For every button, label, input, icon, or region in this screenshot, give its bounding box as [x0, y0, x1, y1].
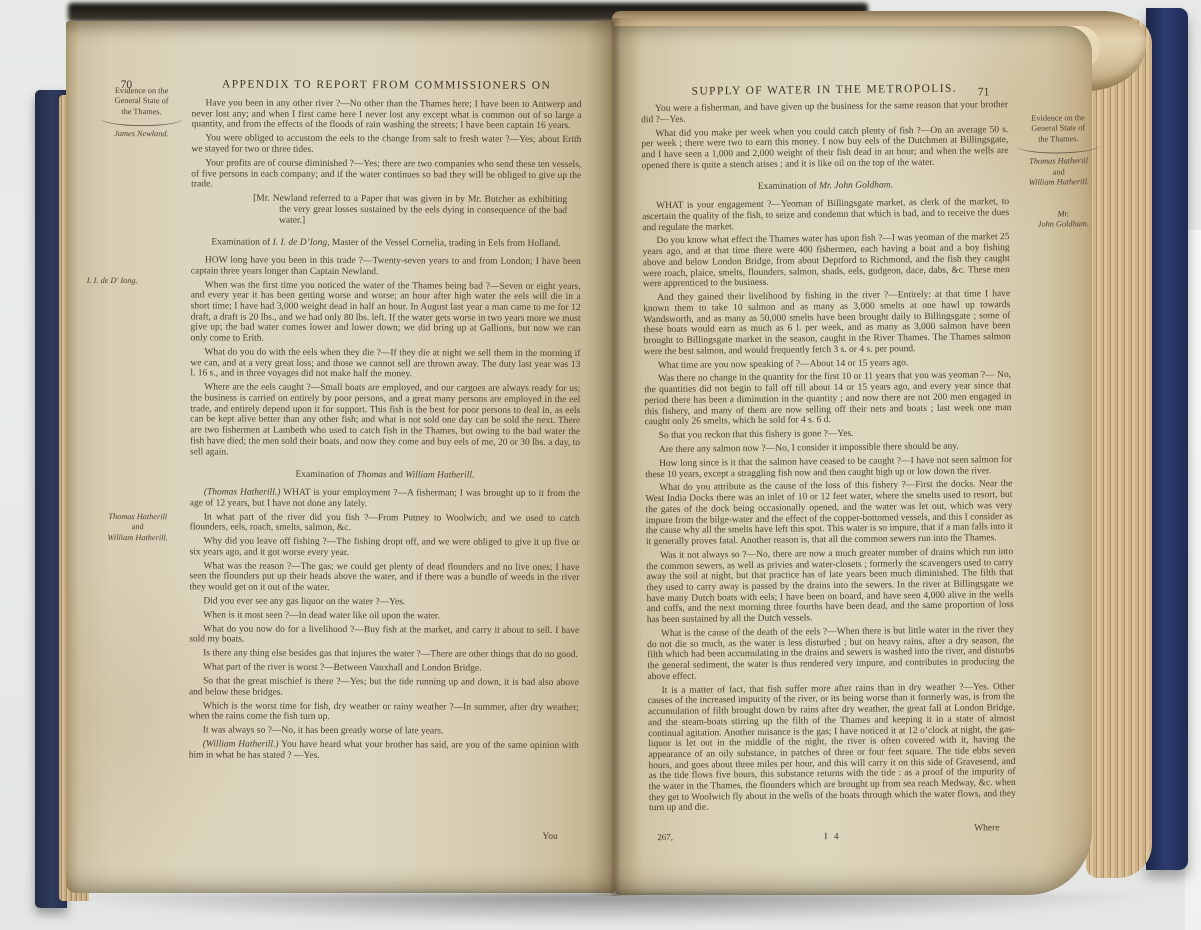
- body-text: And they gained their livelihood by fish…: [643, 289, 1010, 357]
- book-cover-right: [1146, 8, 1188, 870]
- body-text: How long since is it that the salmon hav…: [645, 455, 1012, 480]
- margin-note-diong: I. I. de D' Iong.: [87, 276, 191, 287]
- testimony-paragraph: Did you ever see any gas liquor on the w…: [189, 596, 579, 608]
- right-running-header: SUPPLY OF WATER IN THE METROPOLIS.: [641, 82, 1008, 98]
- body-text: In what part of the river did you fish ?…: [190, 512, 580, 533]
- examination-heading: Examination of Mr. John Goldham.: [650, 180, 1001, 195]
- body-text: What did you make per week when you coul…: [641, 125, 1008, 171]
- margin-note-hatherill-left: Thomas Hatherill and William Hatherill.: [90, 512, 186, 544]
- body-text: .: [472, 471, 474, 481]
- body-text: When is it most seen ?—In dead water lik…: [203, 610, 440, 621]
- body-text: Where are the eels caught ?—Small boats …: [190, 383, 580, 457]
- testimony-paragraph: (Thomas Hatherill.) WHAT is your employm…: [190, 487, 580, 510]
- body-text: and: [387, 470, 406, 480]
- body-text: , Master of the Vessel Cornelia, trading…: [327, 238, 560, 249]
- examination-heading: Examination of Thomas and William Hather…: [198, 470, 572, 482]
- testimony-paragraph: What part of the river is worst ?—Betwee…: [189, 663, 579, 675]
- left-text-column: Have you been in any other river ?—No ot…: [189, 98, 582, 766]
- testimony-paragraph: What do you attribute as the cause of th…: [645, 480, 1013, 548]
- testimony-paragraph: When was the first time you noticed the …: [190, 280, 580, 346]
- margin-note-line: General State of: [94, 96, 190, 107]
- italic-text: Thomas: [357, 470, 387, 480]
- body-text: You were obliged to accustom the eels to…: [191, 134, 581, 155]
- page-left: 70 APPENDIX TO REPORT FROM COMMISSIONERS…: [66, 21, 614, 893]
- body-text: .: [891, 181, 893, 191]
- body-text: Are there any salmon now ?—No, I conside…: [659, 442, 959, 455]
- testimony-paragraph: Where are the eels caught ?—Small boats …: [190, 383, 580, 460]
- margin-note-line: the Thames.: [1010, 134, 1106, 145]
- body-text: What do you attribute as the cause of th…: [645, 480, 1012, 548]
- body-text: Your profits are of course diminished ?—…: [191, 158, 581, 189]
- testimony-paragraph: Was there no change in the quantity for …: [644, 370, 1012, 428]
- body-text: So that the great mischief is there ?—Ye…: [189, 677, 579, 698]
- examination-heading: Examination of I. I. de D’Iong, Master o…: [199, 238, 573, 250]
- right-page-number: 71: [978, 86, 990, 98]
- margin-note-goldham: Mr. John Goldham.: [1015, 209, 1111, 231]
- margin-note-evidence-right: Evidence on the General State of the Tha…: [1010, 113, 1107, 189]
- body-text: Was there no change in the quantity for …: [644, 370, 1011, 427]
- book-gutter-shadow: [586, 18, 644, 896]
- testimony-paragraph: And they gained their livelihood by fish…: [643, 289, 1011, 357]
- right-catchword: Where: [974, 823, 999, 833]
- body-text: Examination of: [758, 182, 819, 193]
- testimony-paragraph: HOW long have you been in this trade ?—T…: [191, 255, 581, 278]
- book-photograph: 70 APPENDIX TO REPORT FROM COMMISSIONERS…: [0, 0, 1201, 930]
- right-text-column: You were a fisherman, and have given up …: [641, 100, 1016, 817]
- testimony-paragraph: Your profits are of course diminished ?—…: [191, 158, 581, 192]
- testimony-paragraph: Have you been in any other river ?—No ot…: [191, 98, 581, 132]
- body-text: Do you know what effect the Thames water…: [643, 232, 1010, 289]
- testimony-paragraph: What is the cause of the death of the ee…: [647, 625, 1015, 683]
- left-catchword: You: [542, 832, 557, 842]
- testimony-paragraph: In what part of the river did you fish ?…: [190, 512, 580, 535]
- body-text: Have you been in any other river ?—No ot…: [191, 98, 581, 131]
- italic-text: Mr. John Goldham: [819, 181, 891, 192]
- body-text: Is there any thing else besides gas that…: [203, 649, 578, 661]
- testimony-paragraph: When is it most seen ?—In dead water lik…: [189, 610, 579, 622]
- page-right: SUPPLY OF WATER IN THE METROPOLIS. 71 Ev…: [614, 26, 1092, 895]
- testimony-paragraph: What was the reason ?—The gas; we could …: [189, 561, 579, 595]
- witness-name-line: and: [90, 522, 186, 533]
- body-text: So that you reckon that this fishery is …: [659, 429, 854, 441]
- italic-text: I. I. de D’Iong: [273, 238, 328, 248]
- footer-signature-number: 267,: [657, 832, 673, 842]
- witness-name-line: Thomas Hatherill: [90, 512, 186, 523]
- italic-text: (Thomas Hatherill.): [204, 487, 281, 497]
- witness-name-line: William Hatherill.: [90, 533, 186, 544]
- body-text: Why did you leave off fishing ?—The fish…: [190, 537, 580, 558]
- testimony-paragraph: Is there any thing else besides gas that…: [189, 649, 579, 661]
- testimony-paragraph: How long since is it that the salmon hav…: [645, 455, 1012, 481]
- body-text: Which is the worst time for fish, dry we…: [189, 701, 579, 722]
- body-text: What part of the river is worst ?—Betwee…: [203, 663, 481, 674]
- margin-brace: [99, 118, 183, 126]
- body-text: What was the reason ?—The gas; we could …: [189, 561, 579, 593]
- margin-brace: [1016, 145, 1100, 154]
- testimony-paragraph: You were a fisherman, and have given up …: [641, 100, 1008, 126]
- testimony-paragraph: What do you now do for a livelihood ?—Bu…: [189, 624, 579, 647]
- body-text: It was always so ?—No, it has been great…: [203, 726, 444, 737]
- testimony-paragraph: What do you do with the eels when they d…: [190, 347, 580, 381]
- footer-gathering-mark: I 4: [824, 832, 840, 842]
- book-drop-shadow: [55, 893, 1145, 923]
- testimony-paragraph: So that you reckon that this fishery is …: [645, 427, 1012, 442]
- body-text: What do you do with the eels when they d…: [190, 347, 580, 379]
- testimony-paragraph: What did you make per week when you coul…: [641, 125, 1008, 172]
- body-text: Examination of: [211, 238, 272, 248]
- testimony-paragraph: You were obliged to accustom the eels to…: [191, 134, 581, 157]
- testimony-paragraph: It is a matter of fact, that fish suffer…: [648, 682, 1016, 815]
- body-text: It is a matter of fact, that fish suffer…: [648, 682, 1016, 814]
- testimony-paragraph: Which is the worst time for fish, dry we…: [189, 701, 579, 724]
- body-text: WHAT is your engagement ?—Yeoman of Bill…: [642, 197, 1009, 233]
- witness-name-diong: I. I. de D' Iong.: [87, 276, 191, 287]
- italic-text: William Hatherill: [405, 471, 472, 481]
- body-text: What time are you now speaking of ?—Abou…: [658, 358, 908, 371]
- testimony-paragraph: Are there any salmon now ?—No, I conside…: [645, 441, 1012, 456]
- body-text: Examination of: [295, 470, 356, 480]
- testimony-paragraph: Was it not always so ?—No, there are now…: [646, 547, 1014, 626]
- body-text: What do you now do for a livelihood ?—Bu…: [189, 624, 579, 645]
- body-text: [Mr. Newland referred to a Paper that wa…: [253, 194, 567, 226]
- testimony-paragraph: It was always so ?—No, it has been great…: [189, 726, 579, 738]
- witness-name-line: William Hatherill.: [1011, 177, 1107, 188]
- body-text: You were a fisherman, and have given up …: [641, 100, 1008, 125]
- witness-name-newland: James Newland.: [93, 129, 189, 140]
- testimony-paragraph: (William Hatherill.) You have heard what…: [189, 740, 579, 763]
- margin-note-evidence-left: Evidence on the General State of the Tha…: [93, 86, 189, 140]
- body-text: Was it not always so ?—No, there are now…: [646, 547, 1014, 625]
- testimony-paragraph: What time are you now speaking of ?—Abou…: [644, 357, 1011, 372]
- left-running-header: APPENDIX TO REPORT FROM COMMISSIONERS ON: [192, 78, 582, 92]
- body-text: When was the first time you noticed the …: [190, 280, 580, 344]
- testimony-paragraph: Why did you leave off fishing ?—The fish…: [190, 536, 580, 559]
- testimony-paragraph: [Mr. Newland referred to a Paper that wa…: [191, 194, 567, 228]
- italic-text: (William Hatherill.): [203, 740, 279, 750]
- testimony-paragraph: WHAT is your engagement ?—Yeoman of Bill…: [642, 197, 1009, 233]
- body-text: Did you ever see any gas liquor on the w…: [203, 596, 405, 607]
- margin-note-line: the Thames.: [93, 107, 189, 118]
- testimony-paragraph: Do you know what effect the Thames water…: [642, 232, 1010, 290]
- testimony-paragraph: So that the great mischief is there ?—Ye…: [189, 676, 579, 699]
- body-text: What is the cause of the death of the ee…: [647, 625, 1014, 682]
- witness-name-line: John Goldham.: [1015, 219, 1111, 230]
- margin-note-line: Evidence on the: [94, 86, 190, 97]
- body-text: HOW long have you been in this trade ?—T…: [191, 255, 581, 276]
